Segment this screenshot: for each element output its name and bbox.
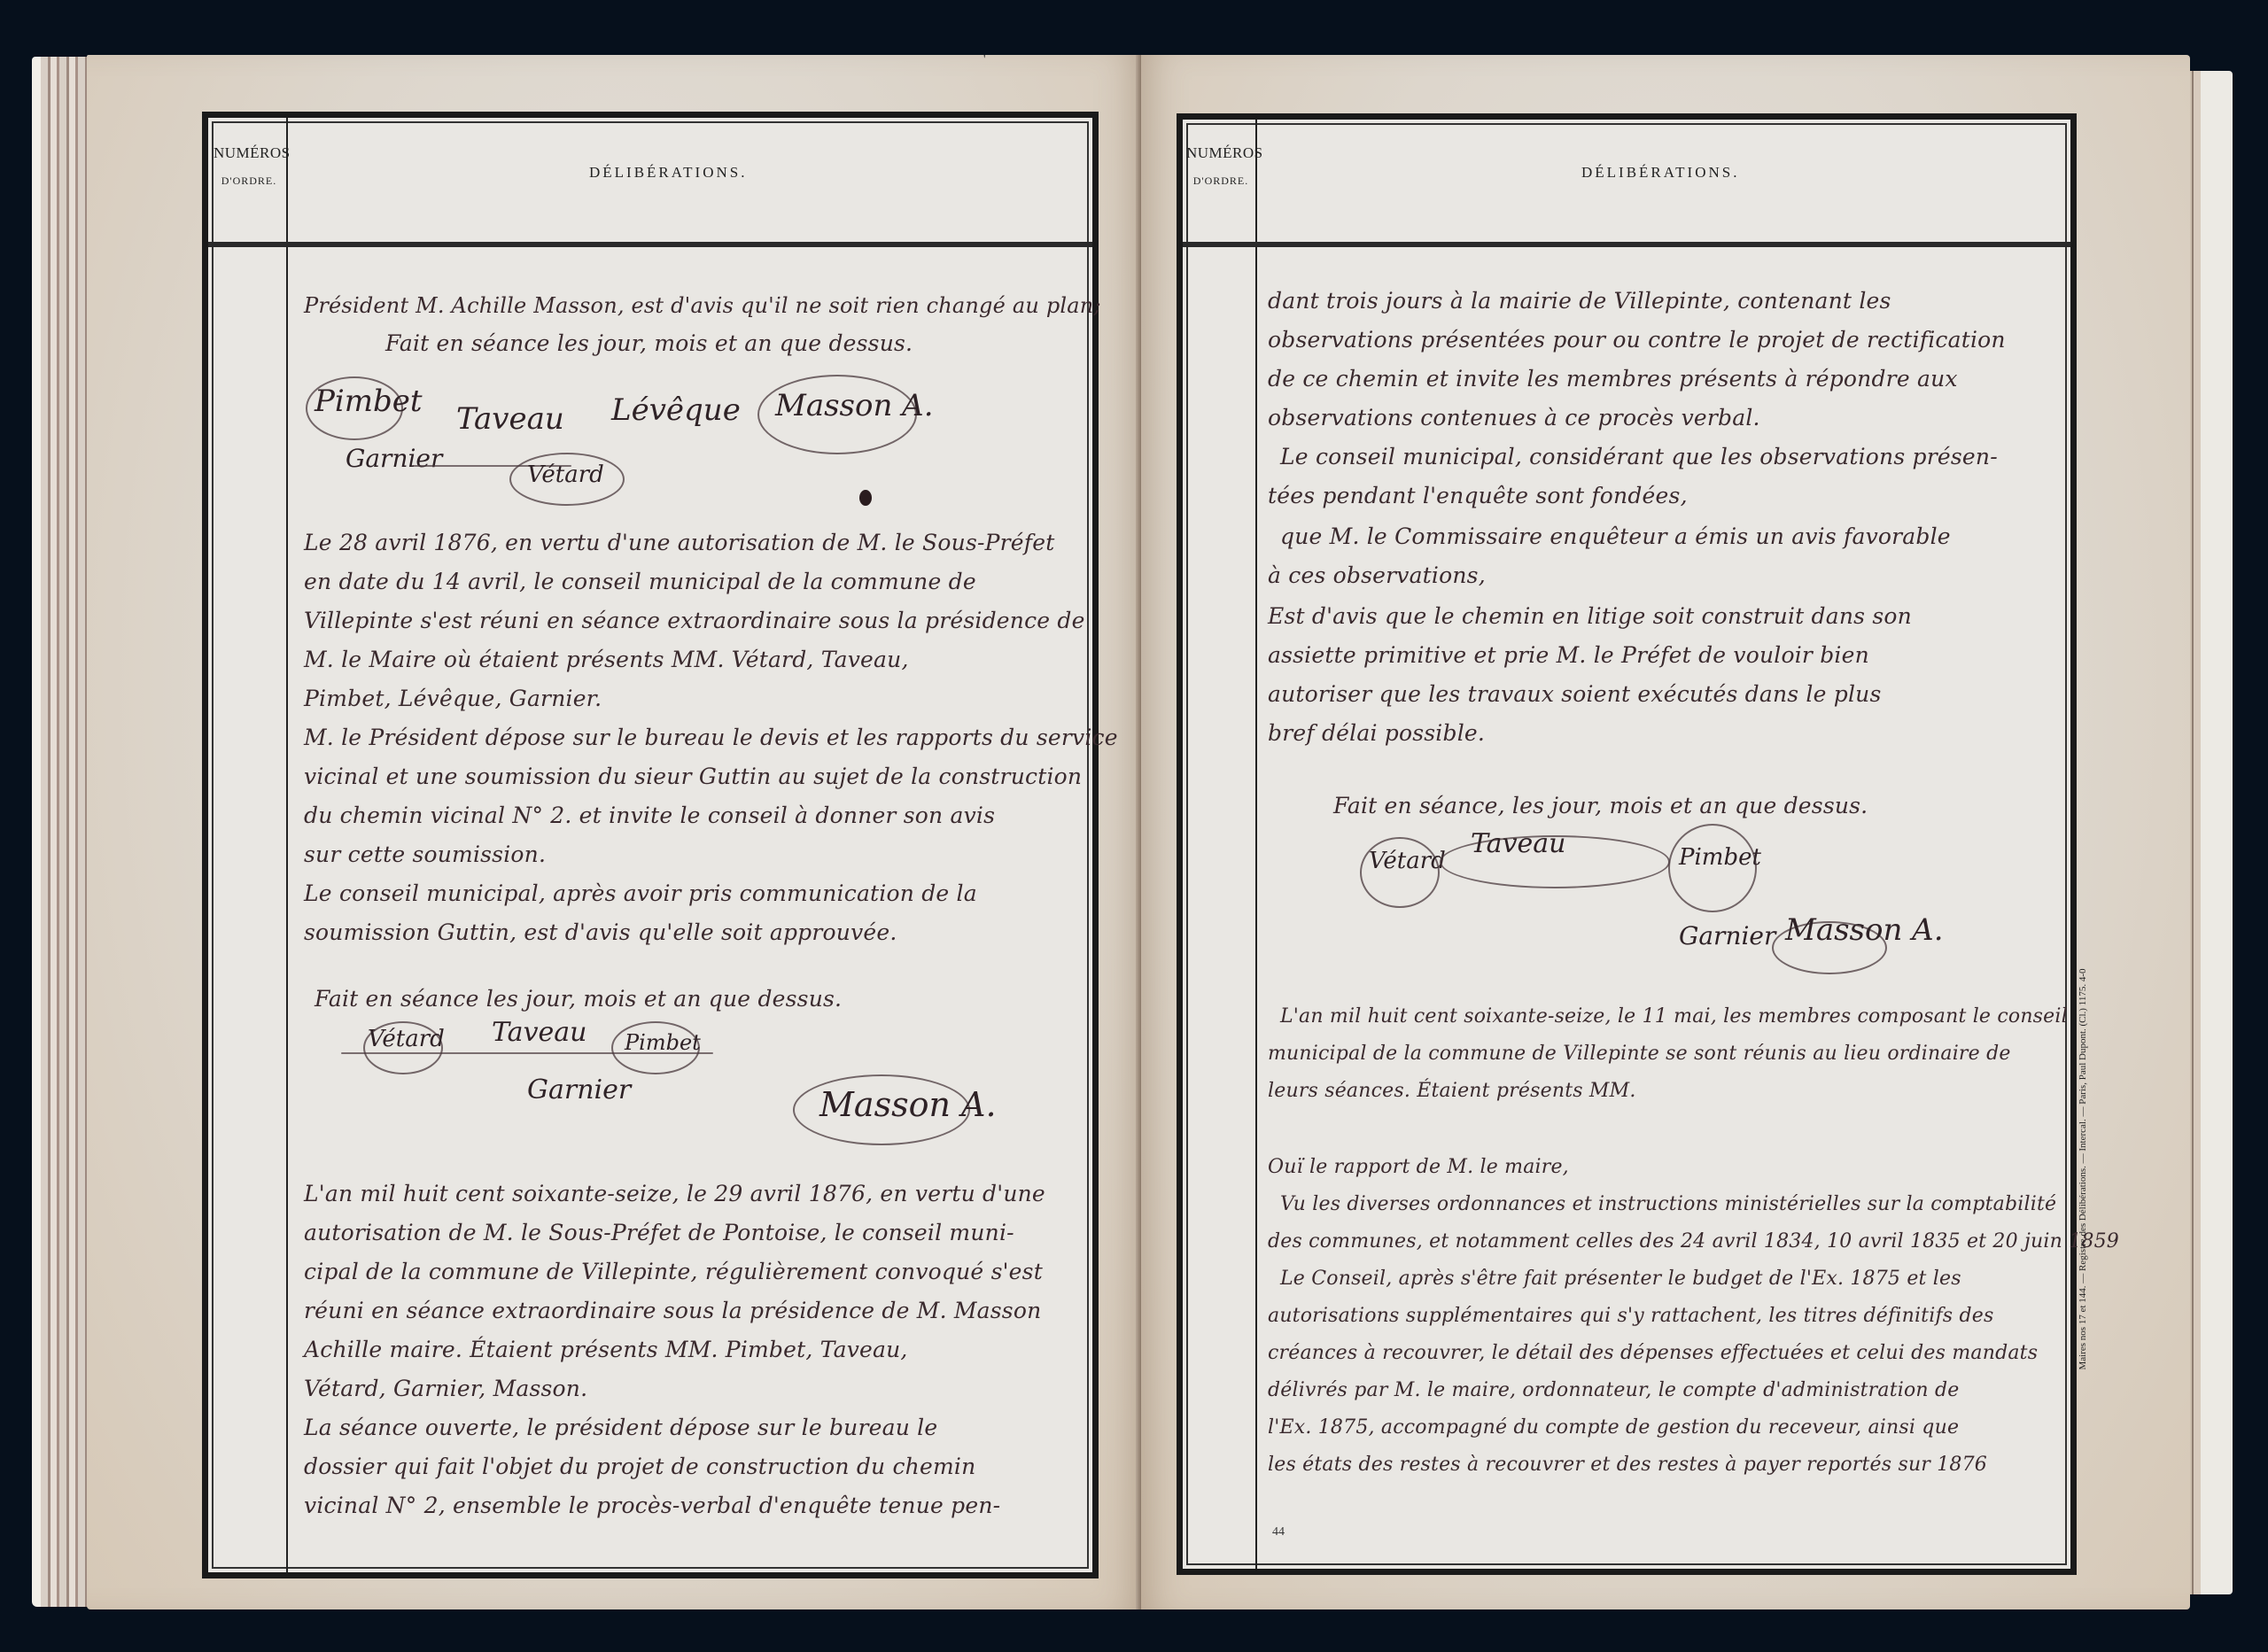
right-page: NUMÉROS D'ORDRE. DÉLIBÉRATIONS. dant tro… — [1141, 55, 2190, 1609]
handwritten-line: bref délai possible. — [1268, 720, 1485, 746]
signature: Taveau — [1471, 828, 1565, 859]
handwritten-line: à ces observations, — [1268, 562, 1486, 588]
signature: Vétard — [527, 461, 604, 488]
handwritten-line: vicinal N° 2, ensemble le procès-verbal … — [304, 1493, 1000, 1518]
printer-imprint: Maires nos 17 et 144. — Registre des Dél… — [2070, 886, 2096, 1453]
order-column-divider — [1255, 120, 1257, 1569]
handwritten-line: du chemin vicinal N° 2. et invite le con… — [304, 803, 995, 828]
signature: Taveau — [456, 401, 564, 437]
signature: Pimbet — [1679, 844, 1761, 871]
handwritten-line: de ce chemin et invite les membres prése… — [1268, 366, 1958, 392]
handwritten-line: dant trois jours à la mairie de Villepin… — [1268, 288, 1891, 314]
handwritten-line: réuni en séance extraordinaire sous la p… — [304, 1298, 1041, 1323]
handwritten-line: les états des restes à recouvrer et des … — [1268, 1454, 1987, 1476]
handwritten-line: autorisations supplémentaires qui s'y ra… — [1268, 1305, 1993, 1327]
header-rule — [1183, 242, 2070, 247]
handwritten-line: délivrés par M. le maire, ordonnateur, l… — [1268, 1379, 1960, 1401]
handwritten-line: créances à recouvrer, le détail des dépe… — [1268, 1342, 2038, 1364]
register-frame-left: NUMÉROS D'ORDRE. DÉLIBÉRATIONS. Présiden… — [202, 112, 1099, 1578]
numeros-dordre-header: NUMÉROS D'ORDRE. — [214, 144, 284, 188]
handwritten-line: Ouï le rapport de M. le maire, — [1268, 1156, 1569, 1178]
top-mark: ' — [983, 53, 986, 67]
handwritten-line: leurs séances. Étaient présents MM. — [1268, 1080, 1636, 1102]
handwritten-line: l'Ex. 1875, accompagné du compte de gest… — [1268, 1416, 1959, 1439]
handwritten-line: tées pendant l'enquête sont fondées, — [1268, 483, 1688, 508]
signature: Vétard — [1369, 848, 1446, 874]
handwritten-line: Fait en séance les jour, mois et an que … — [385, 330, 913, 356]
handwritten-line: observations contenues à ce procès verba… — [1268, 405, 1760, 430]
handwritten-line: La séance ouverte, le président dépose s… — [304, 1415, 937, 1440]
handwritten-line: que M. le Commissaire enquêteur a émis u… — [1280, 524, 1951, 549]
handwritten-line: vicinal et une soumission du sieur Gutti… — [304, 764, 1082, 789]
deliberations-header: DÉLIBÉRATIONS. — [589, 164, 747, 182]
signature: Masson A. — [775, 388, 934, 423]
handwritten-line: cipal de la commune de Villepinte, régul… — [304, 1259, 1043, 1284]
handwritten-line: en date du 14 avril, le conseil municipa… — [304, 569, 976, 594]
handwritten-line: Vétard, Garnier, Masson. — [304, 1376, 587, 1401]
handwritten-line: Le conseil municipal, après avoir pris c… — [304, 880, 977, 906]
signature: Garnier — [346, 444, 442, 473]
handwritten-line: autorisation de M. le Sous-Préfet de Pon… — [304, 1220, 1014, 1245]
signature: Lévêque — [611, 392, 741, 428]
handwritten-line: Président M. Achille Masson, est d'avis … — [304, 293, 1101, 318]
handwritten-line: assiette primitive et prie M. le Préfet … — [1268, 642, 1869, 668]
handwritten-line: sur cette soumission. — [304, 842, 546, 867]
register-frame-right: NUMÉROS D'ORDRE. DÉLIBÉRATIONS. dant tro… — [1177, 113, 2077, 1575]
signature: Pimbet — [625, 1030, 701, 1055]
left-page: ' NUMÉROS D'ORDRE. DÉLIBÉRATIONS. Présid… — [87, 55, 1141, 1609]
handwritten-line: dossier qui fait l'objet du projet de co… — [304, 1454, 975, 1479]
signature: Vétard — [368, 1026, 445, 1052]
handwritten-line: M. le Président dépose sur le bureau le … — [304, 725, 1118, 750]
signature: Pimbet — [315, 384, 423, 419]
order-column-divider — [286, 118, 288, 1572]
handwritten-line: Vu les diverses ordonnances et instructi… — [1280, 1193, 2056, 1215]
handwritten-line: Pimbet, Lévêque, Garnier. — [304, 686, 602, 711]
handwritten-line: Le conseil municipal, considérant que le… — [1280, 444, 1998, 469]
signature: Garnier — [1679, 921, 1775, 950]
handwritten-line: municipal de la commune de Villepinte se… — [1268, 1043, 2011, 1065]
handwritten-line: M. le Maire où étaient présents MM. Véta… — [304, 647, 909, 672]
handwritten-line: Le Conseil, après s'être fait présenter … — [1280, 1268, 1961, 1290]
handwritten-line: des communes, et notamment celles des 24… — [1268, 1230, 2119, 1253]
handwritten-line: observations présentées pour ou contre l… — [1268, 327, 2006, 353]
closing-formula: Fait en séance, les jour, mois et an que… — [1333, 793, 1868, 818]
handwritten-line: Villepinte s'est réuni en séance extraor… — [304, 608, 1085, 633]
handwritten-line: autoriser que les travaux soient exécuté… — [1268, 681, 1882, 707]
signature: Taveau — [492, 1017, 586, 1048]
handwritten-line: Achille maire. Étaient présents MM. Pimb… — [304, 1337, 908, 1362]
handwritten-line: soumission Guttin, est d'avis qu'elle so… — [304, 919, 897, 945]
deliberations-header: DÉLIBÉRATIONS. — [1581, 164, 1739, 182]
folio-number: 44 — [1272, 1525, 1285, 1540]
numeros-dordre-header: NUMÉROS D'ORDRE. — [1186, 144, 1255, 188]
handwritten-line: Est d'avis que le chemin en litige soit … — [1268, 603, 1912, 629]
handwritten-line: L'an mil huit cent soixante-seize, le 11… — [1280, 1005, 2068, 1028]
page-edges-left — [32, 57, 92, 1607]
header-rule — [208, 242, 1092, 247]
closing-formula: Fait en séance les jour, mois et an que … — [315, 986, 842, 1012]
signature: Masson A. — [819, 1085, 997, 1124]
handwritten-line: L'an mil huit cent soixante-seize, le 29… — [304, 1181, 1045, 1206]
handwritten-line: Le 28 avril 1876, en vertu d'une autoris… — [304, 530, 1054, 555]
signature: Garnier — [527, 1074, 631, 1105]
signature: Masson A. — [1785, 912, 1944, 948]
